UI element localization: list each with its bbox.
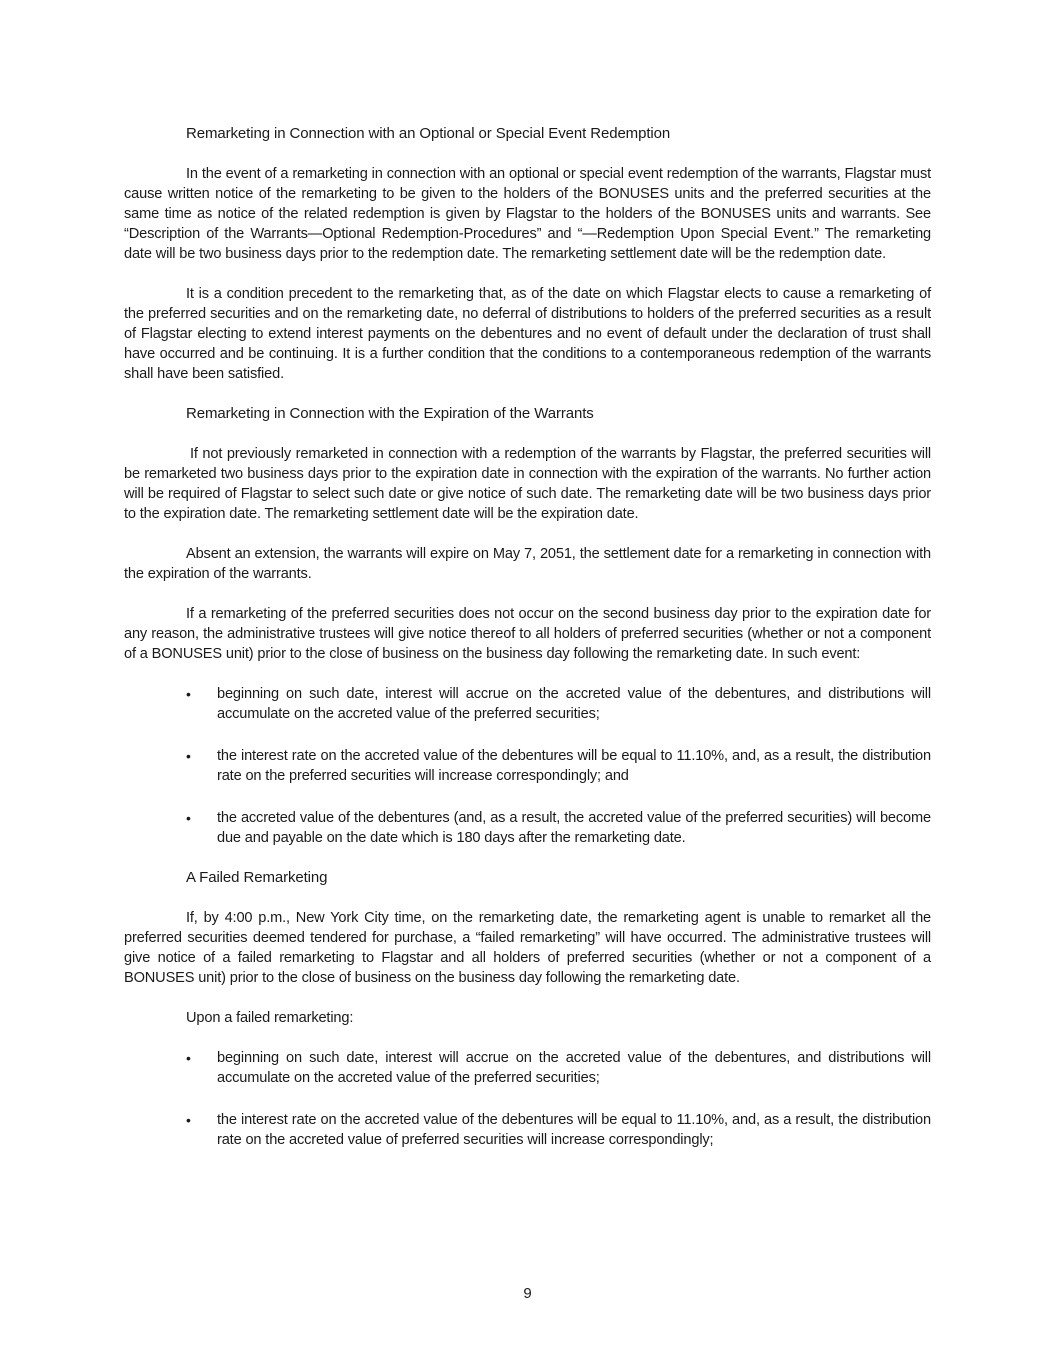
list-item: • beginning on such date, interest will … — [124, 684, 931, 724]
paragraph-absent-extension: Absent an extension, the warrants will e… — [124, 544, 931, 584]
list-item-text: the accreted value of the debentures (an… — [217, 810, 931, 846]
bullet-list-such-event: • beginning on such date, interest will … — [124, 684, 931, 848]
bullet-icon: • — [186, 684, 191, 704]
list-item-text: the interest rate on the accreted value … — [217, 748, 931, 784]
section-heading-expiration-of-warrants: Remarketing in Connection with the Expir… — [124, 404, 931, 424]
bullet-list-failed-remarketing: • beginning on such date, interest will … — [124, 1048, 931, 1150]
list-item: • the accreted value of the debentures (… — [124, 808, 931, 848]
paragraph-remarketing-notice: In the event of a remarketing in connect… — [124, 164, 931, 264]
list-item-text: beginning on such date, interest will ac… — [217, 1050, 931, 1086]
bullet-icon: • — [186, 1110, 191, 1130]
bullet-icon: • — [186, 1048, 191, 1068]
page-number: 9 — [0, 1284, 1055, 1304]
list-item: • beginning on such date, interest will … — [124, 1048, 931, 1088]
section-heading-failed-remarketing: A Failed Remarketing — [124, 868, 931, 888]
paragraph-remarketing-does-not-occur: If a remarketing of the preferred securi… — [124, 604, 931, 664]
bullet-icon: • — [186, 746, 191, 766]
list-item-text: the interest rate on the accreted value … — [217, 1112, 931, 1148]
paragraph-not-previously-remarketed: If not previously remarketed in connecti… — [124, 444, 931, 524]
paragraph-failed-remarketing-definition: If, by 4:00 p.m., New York City time, on… — [124, 908, 931, 988]
document-page: Remarketing in Connection with an Option… — [124, 124, 931, 1170]
list-item: • the interest rate on the accreted valu… — [124, 1110, 931, 1150]
list-item-text: beginning on such date, interest will ac… — [217, 686, 931, 722]
bullet-icon: • — [186, 808, 191, 828]
paragraph-upon-failed-remarketing: Upon a failed remarketing: — [124, 1008, 931, 1028]
paragraph-condition-precedent: It is a condition precedent to the remar… — [124, 284, 931, 384]
section-heading-optional-redemption: Remarketing in Connection with an Option… — [124, 124, 931, 144]
list-item: • the interest rate on the accreted valu… — [124, 746, 931, 786]
